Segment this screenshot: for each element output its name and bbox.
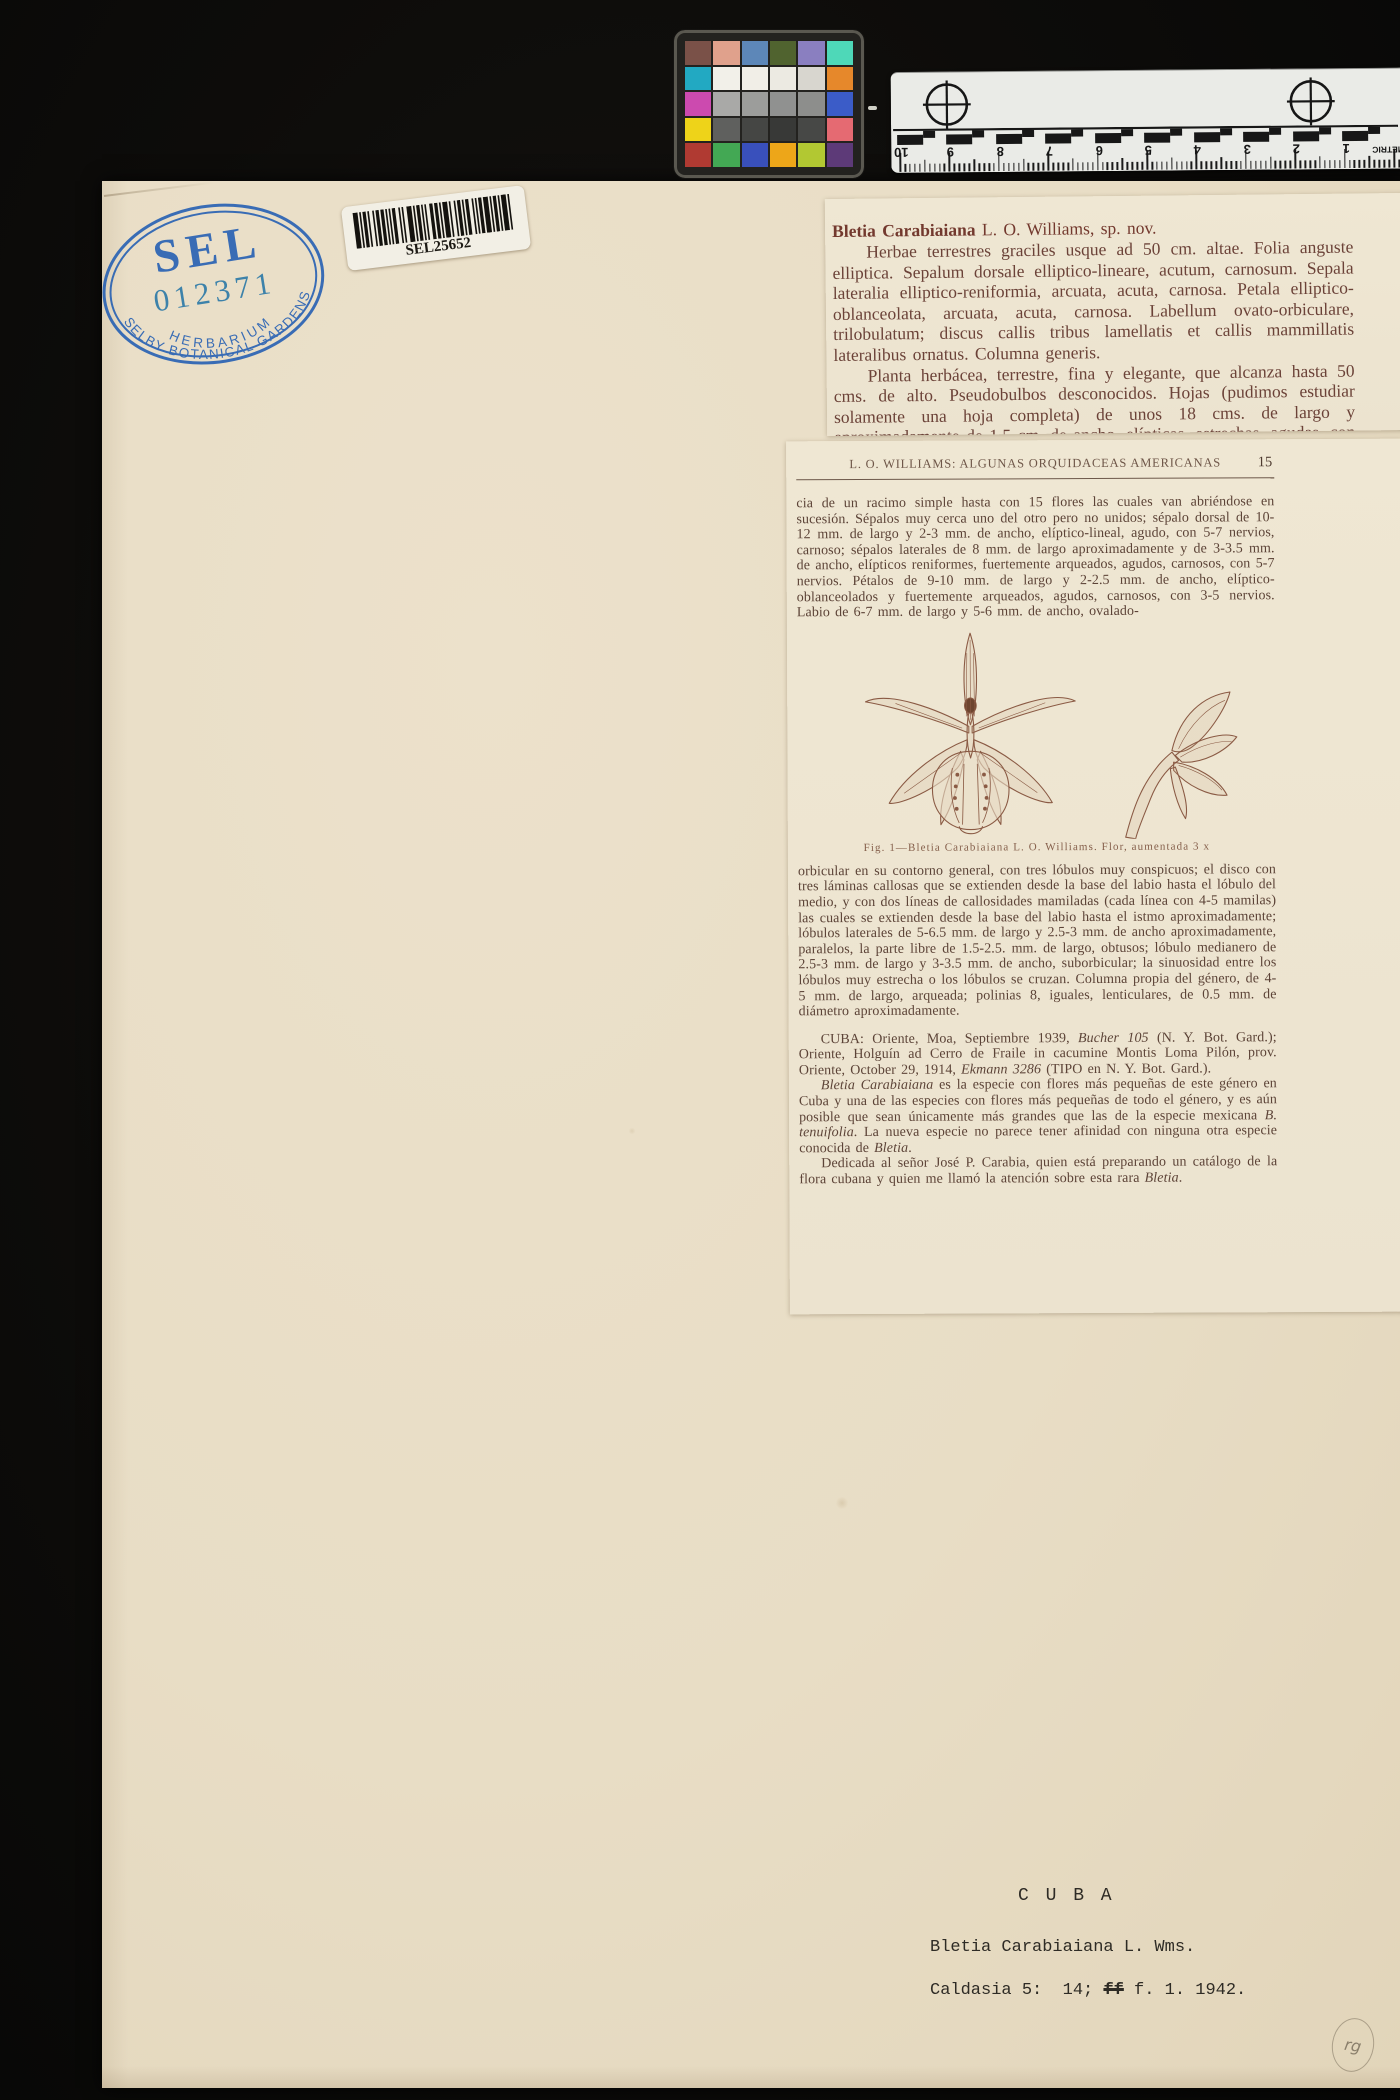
color-patch [685,118,711,142]
ruler-number: 6 [1088,143,1110,158]
color-patch [770,118,796,142]
ruler-number: 8 [989,144,1011,159]
color-patch [827,92,853,116]
color-patch [685,67,711,91]
color-patch [713,67,739,91]
herbarium-stamp: SEL 012371 HERBARIUM SELBY BOTANICAL GAR… [78,174,349,402]
typed-country: C U B A [1018,1886,1115,1906]
color-checker-card [674,30,864,178]
color-patch [742,143,768,167]
color-patch [713,41,739,65]
protologue-latin-paragraph: Herbae terrestres graciles usque ad 50 c… [832,237,1354,366]
protologue-spanish-paragraph: Planta herbácea, terrestre, fina y elega… [834,360,1356,436]
color-patch [827,118,853,142]
color-patch [770,92,796,116]
ruler-number: 1 [1335,141,1357,156]
color-patch [713,92,739,116]
ruler-number: 9 [940,144,962,159]
journal-page-number: 15 [1258,454,1273,471]
color-patch [827,41,853,65]
color-patch [798,41,824,65]
color-patch [685,143,711,167]
color-checker-grid [685,41,853,167]
color-patch [827,143,853,167]
color-patch [742,67,768,91]
color-patch [742,41,768,65]
color-patch [798,67,824,91]
ruler-number: 4 [1187,142,1209,157]
color-patch [713,118,739,142]
ruler-unit-label: METRIC [1373,145,1400,155]
color-patch [770,67,796,91]
header-rule [796,477,1274,480]
color-patch [713,143,739,167]
color-patch [798,118,824,142]
ruler-number: 2 [1285,141,1307,156]
typed-taxon: Bletia Carabiaiana L. Wms. [930,1938,1195,1957]
scan-background: 10987654321 METRIC SEL 012371 HERBARIUM … [0,0,1400,2100]
color-patch [770,41,796,65]
registration-crosshair-icon [923,80,971,128]
ruler-number: 7 [1038,144,1060,159]
protologue-clipping: Bletia Carabiaiana L. O. Williams, sp. n… [825,193,1400,436]
dust-speck [868,106,877,110]
ruler-scale: 10987654321 [893,139,1400,173]
color-patch [685,92,711,116]
journal-paragraph-comparison: Bletia Carabiaiana es la especie con flo… [799,1077,1277,1157]
pencil-note-text: rg [1343,2034,1363,2055]
registration-crosshair-icon [1287,77,1335,125]
typed-citation: Caldasia 5: 14; ff f. 1. 1942. [930,1981,1246,2000]
journal-paragraph-dedication: Dedicada al señor José P. Carabia, quien… [799,1155,1277,1188]
color-patch [798,143,824,167]
journal-clipping: L. O. WILLIAMS: ALGUNAS ORQUIDACEAS AMER… [786,439,1400,1315]
color-patch [770,143,796,167]
figure-caption: Fig. 1—Bletia Carabiaiana L. O. Williams… [798,840,1276,854]
journal-paragraph-description: orbicular en su contorno general, con tr… [798,862,1277,1020]
journal-paragraph-cuba: CUBA: Oriente, Moa, Septiembre 1939, Buc… [799,1030,1277,1079]
color-patch [742,92,768,116]
metric-ruler: 10987654321 METRIC [891,67,1400,172]
color-patch [685,41,711,65]
ruler-number: 10 [890,145,912,160]
ruler-number: 3 [1236,142,1258,157]
color-patch [742,118,768,142]
orchid-figure [845,625,1246,840]
ruler-number: 5 [1137,143,1159,158]
color-patch [798,92,824,116]
journal-paragraph-continuation: cia de un racimo simple hasta con 15 flo… [796,494,1275,621]
journal-running-head: L. O. WILLIAMS: ALGUNAS ORQUIDACEAS AMER… [796,455,1274,472]
color-patch [827,67,853,91]
